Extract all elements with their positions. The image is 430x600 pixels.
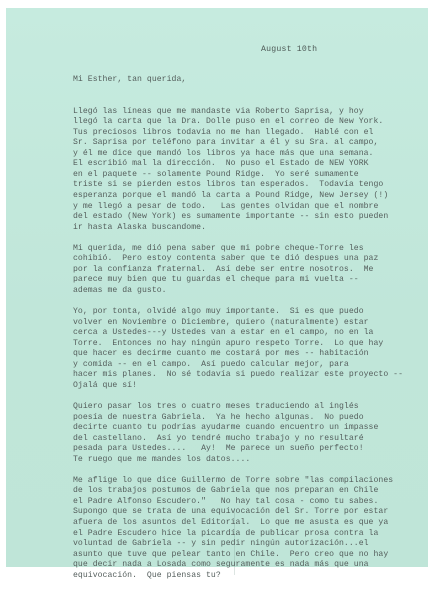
text-line: ademas me da gusto.: [73, 286, 423, 297]
text-line: cerca a Ustedes---y Ustedes van a estar …: [73, 328, 423, 339]
text-line: Tus preciosos libros todavia no me han l…: [73, 128, 423, 139]
text-line: llegó la carta que la Dra. Dolle puso en…: [73, 117, 423, 128]
text-line: Sr. Saprisa por teléfono para invitar a …: [73, 138, 423, 149]
text-line: voluntad de Gabriela -- y sin pedir ning…: [73, 539, 423, 550]
paragraph-4: Quiero pasar los tres o cuatro meses tra…: [73, 402, 423, 465]
text-line: hacer mis planes. No sé todavía si puedo…: [73, 370, 423, 381]
text-line: asunto que tuve que pelear tanto en Chil…: [73, 550, 423, 561]
text-line: que decir nada a Losada como seguramente…: [73, 560, 423, 571]
text-line: Supongo que se trata de una equivocación…: [73, 507, 423, 518]
text-line: Yo, por tonta, olvidé algo muy important…: [73, 307, 423, 318]
text-line: y comida -- en el campo. Así puedo calcu…: [73, 360, 423, 371]
text-line: del castellano. Así yo tendré mucho trab…: [73, 434, 423, 445]
text-line: esperanza porque el mandó la carta a Pou…: [73, 191, 423, 202]
text-line: triste si se pierden estos libros tan es…: [73, 180, 423, 191]
text-line: Mi querida, me dió pena saber que mi pob…: [73, 244, 423, 255]
text-line: de los trabajos postumos de Gabriela que…: [73, 486, 423, 497]
text-line: El escribió mal la dirección. No puso el…: [73, 159, 423, 170]
letter-date: August 10th: [261, 45, 317, 54]
text-line: Llegó las líneas que me mandaste via Rob…: [73, 107, 423, 118]
text-line: en el paquete -- solamente Pound Ridge. …: [73, 170, 423, 181]
text-line: por la confianza fraternal. Así debe ser…: [73, 265, 423, 276]
paragraph-5: Me aflige lo que dice Guillermo de Torre…: [73, 476, 423, 581]
paragraph-2: Mi querida, me dió pena saber que mi pob…: [73, 244, 423, 297]
text-line: volver en Noviembre o Diciembre, quiero …: [73, 318, 423, 329]
text-line: el Padre Escudero hice la picardía de pu…: [73, 529, 423, 540]
text-line: y él me dice que mandó los libros ya hac…: [73, 149, 423, 160]
text-line: que hacer es decirme cuanto me costará p…: [73, 349, 423, 360]
paragraph-1: Llegó las líneas que me mandaste via Rob…: [73, 107, 423, 234]
text-line: parece muy bien que tu guardas el cheque…: [73, 275, 423, 286]
text-line: y me llegó a pesar de todo. Las gentes o…: [73, 202, 423, 213]
letter-body: Mi Esther, tan querida, Llegó las líneas…: [73, 75, 423, 581]
text-line: Te ruego que me mandes los datos....: [73, 455, 423, 466]
text-line: del estado (New York) es sumamente impor…: [73, 212, 423, 223]
text-line: afuera de los asuntos del Editorial. Lo …: [73, 518, 423, 529]
text-line: el Padre Alfonso Escudero." No hay tal c…: [73, 497, 423, 508]
text-line: pesada para Ustedes.... Ay! Me parece un…: [73, 444, 423, 455]
text-line: Ojalá que sí!: [73, 381, 423, 392]
text-line: equivocación. Que piensas tu?: [73, 571, 423, 582]
salutation: Mi Esther, tan querida,: [73, 75, 423, 86]
text-line: Me aflige lo que dice Guillermo de Torre…: [73, 476, 423, 487]
text-line: poesía de nuestra Gabriela. Ya he hecho …: [73, 413, 423, 424]
text-line: ir hasta Alaska buscandome.: [73, 223, 423, 234]
text-line: Quiero pasar los tres o cuatro meses tra…: [73, 402, 423, 413]
text-line: decirte cuanto tu podrías ayudarme cuand…: [73, 423, 423, 434]
text-line: Torre. Entonces no hay ningún apuro resp…: [73, 339, 423, 350]
paragraph-3: Yo, por tonta, olvidé algo muy important…: [73, 307, 423, 391]
text-line: cohibió. Pero estoy contenta saber que t…: [73, 254, 423, 265]
